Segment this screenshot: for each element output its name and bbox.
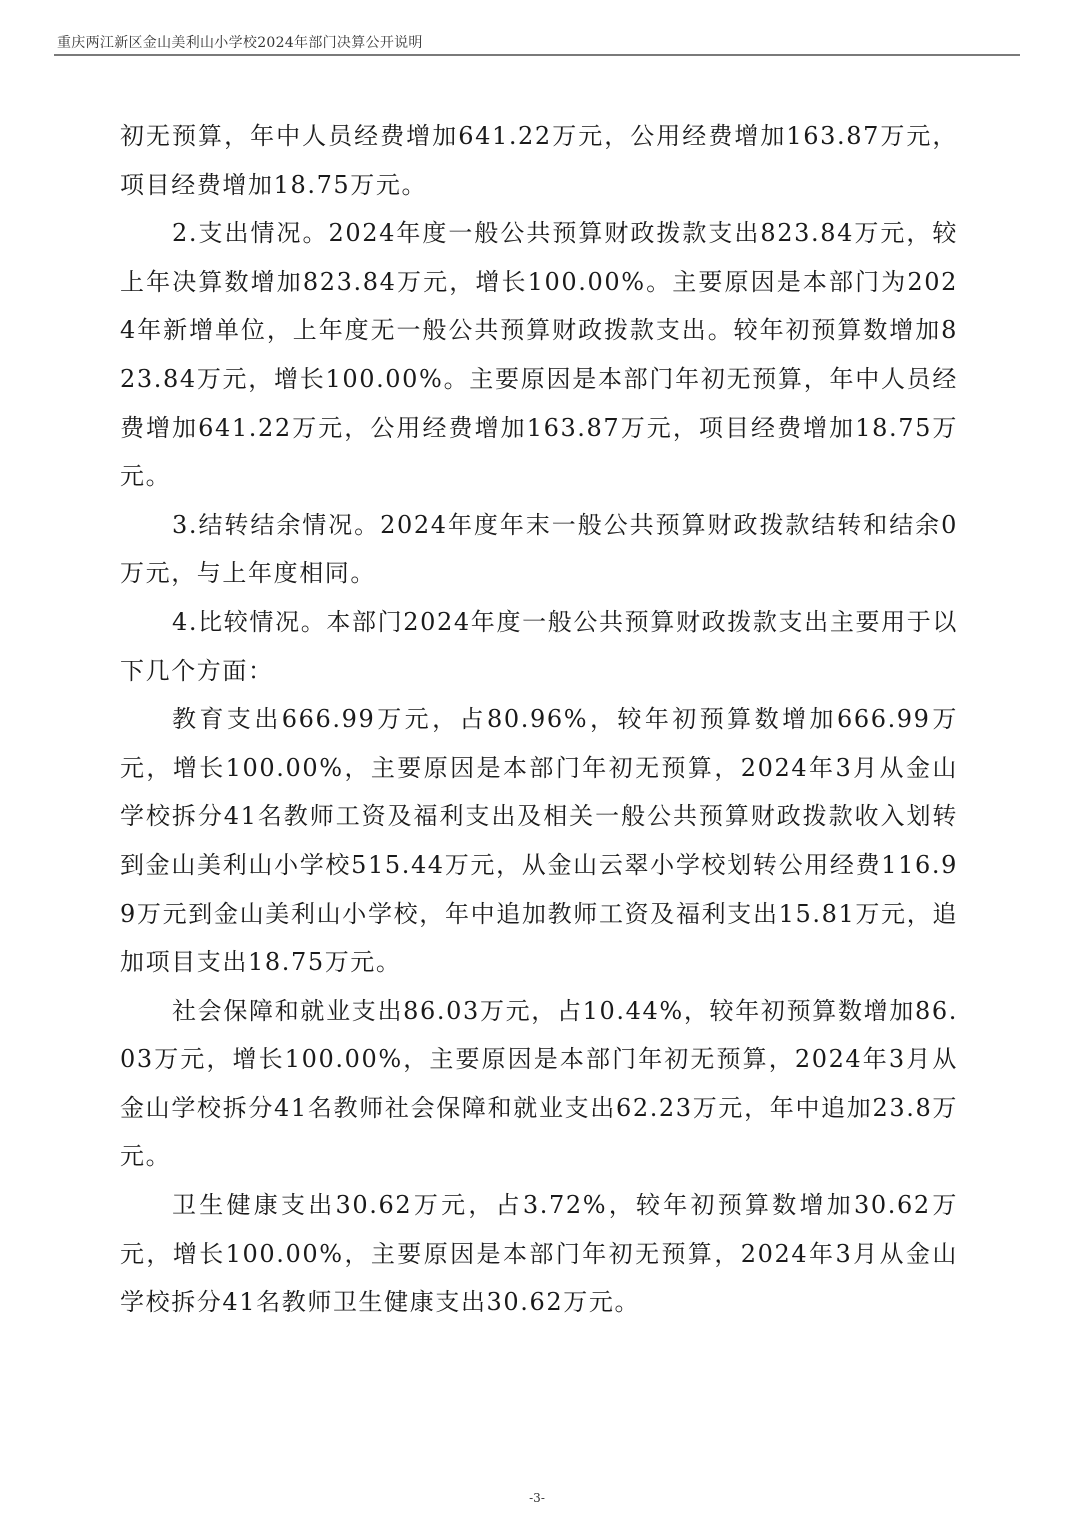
page-header: 重庆两江新区金山美利山小学校2024年部门决算公开说明 — [54, 30, 1020, 56]
document-body: 初无预算，年中人员经费增加641.22万元，公用经费增加163.87万元，项目经… — [120, 112, 958, 1327]
paragraph-comparison: 4.比较情况。本部门2024年度一般公共预算财政拨款支出主要用于以下几个方面： — [120, 598, 958, 695]
paragraph-expenditure: 2.支出情况。2024年度一般公共预算财政拨款支出823.84万元，较上年决算数… — [120, 209, 958, 501]
paragraph-carryover: 3.结转结余情况。2024年度年末一般公共预算财政拨款结转和结余0万元，与上年度… — [120, 501, 958, 598]
paragraph-education-expenditure: 教育支出666.99万元，占80.96%，较年初预算数增加666.99万元，增长… — [120, 695, 958, 987]
paragraph-social-security-expenditure: 社会保障和就业支出86.03万元，占10.44%，较年初预算数增加86.03万元… — [120, 987, 958, 1181]
document-header-title: 重庆两江新区金山美利山小学校2024年部门决算公开说明 — [57, 32, 423, 52]
paragraph-continuation: 初无预算，年中人员经费增加641.22万元，公用经费增加163.87万元，项目经… — [120, 112, 958, 209]
paragraph-health-expenditure: 卫生健康支出30.62万元，占3.72%，较年初预算数增加30.62万元，增长1… — [120, 1181, 958, 1327]
page-number: -3- — [0, 1491, 1074, 1505]
